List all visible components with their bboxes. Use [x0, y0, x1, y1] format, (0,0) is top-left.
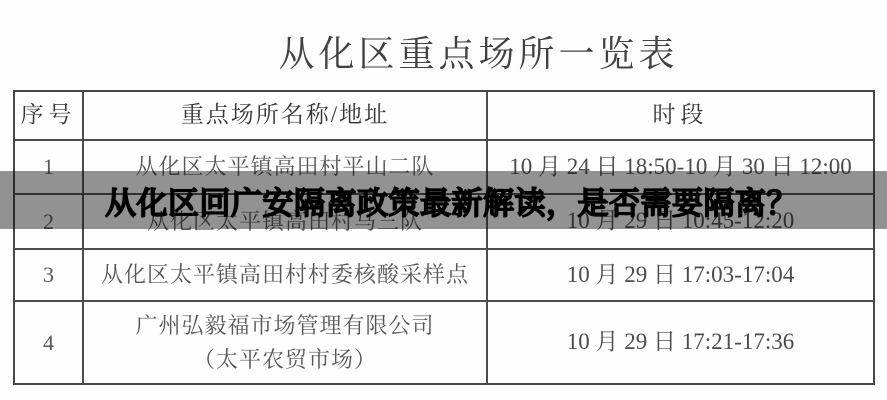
headline-banner-overlay: 从化区回广安隔离政策最新解读，是否需要隔离？ — [0, 171, 887, 229]
row4-place-line1: 广州弘毅福市场管理有限公司 — [135, 312, 434, 340]
row3-number: 3 — [15, 250, 84, 302]
row4-place: 广州弘毅福市场管理有限公司 （太平农贸市场） — [84, 302, 488, 383]
key-places-table: 序号 重点场所名称/地址 时段 1 从化区太平镇高田村平山二队 10 月 24 … — [13, 90, 875, 385]
row4-place-line2: （太平农贸市场） — [135, 346, 434, 374]
header-cell-time: 时段 — [488, 92, 873, 141]
page-title: 从化区重点场所一览表 — [0, 26, 887, 77]
row4-time: 10 月 29 日 17:21-17:36 — [488, 302, 873, 383]
row4-number: 4 — [15, 302, 84, 383]
screenshot-root: 从化区重点场所一览表 序号 重点场所名称/地址 时段 1 从化区太平镇高田村平山… — [0, 0, 887, 400]
headline-banner-text: 从化区回广安隔离政策最新解读，是否需要隔离？ — [105, 178, 798, 223]
row3-time: 10 月 29 日 17:03-17:04 — [488, 250, 873, 302]
header-cell-number: 序号 — [15, 92, 84, 141]
header-cell-place: 重点场所名称/地址 — [84, 92, 488, 141]
row3-place: 从化区太平镇高田村村委核酸采样点 — [84, 250, 488, 302]
